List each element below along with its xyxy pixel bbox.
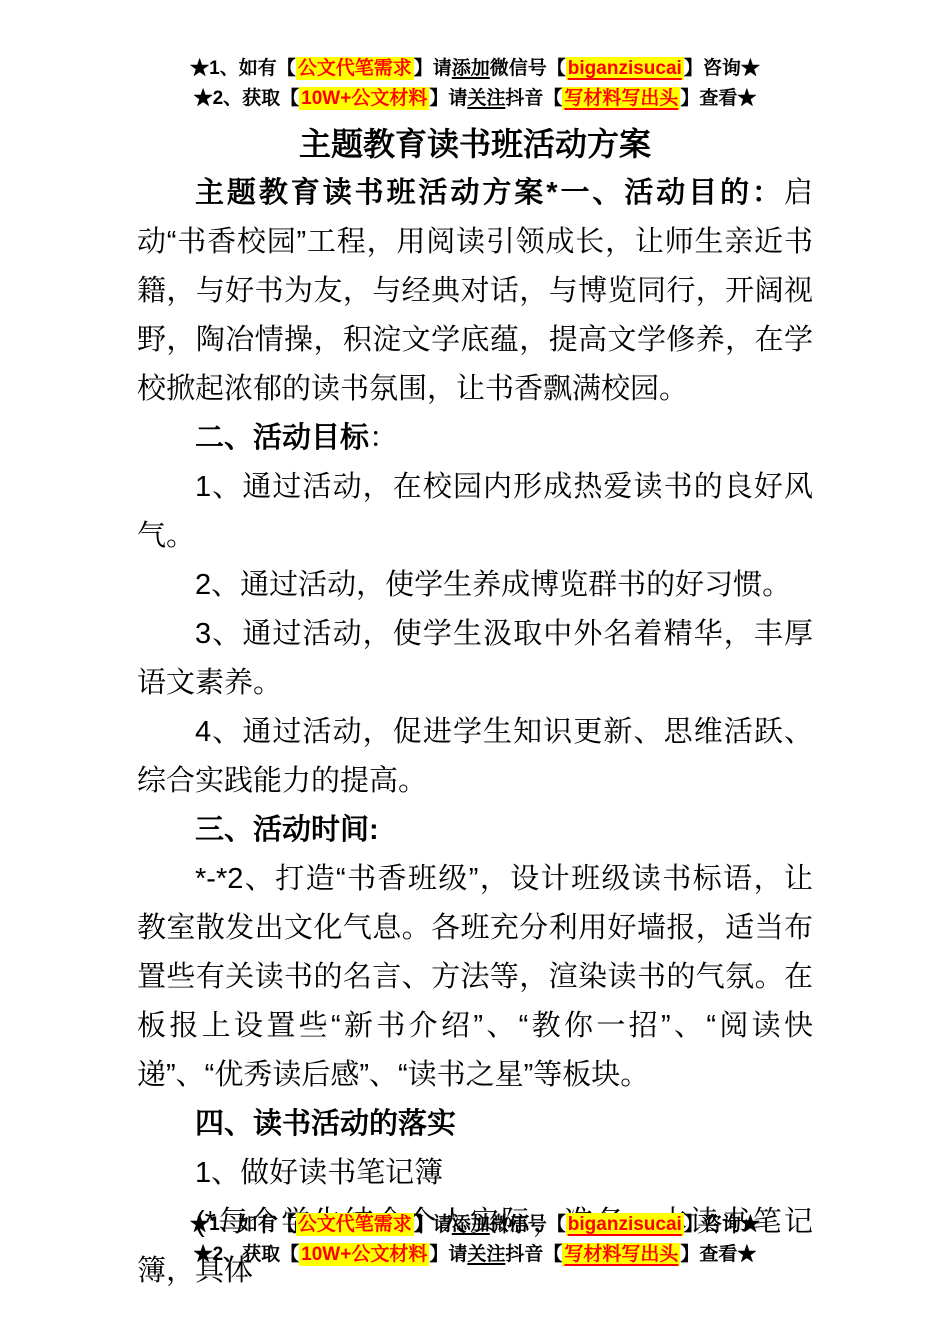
banner-text: 】请 [414, 1214, 452, 1235]
banner-text: 】咨询★ [684, 1214, 760, 1235]
highlighted-text: 公文代笔需求 [296, 1213, 414, 1236]
banner-text: ★1、如有【 [190, 58, 296, 79]
heading-reading-implementation-lead: 四、读书活动的落实 [195, 1108, 456, 1140]
banner-line: ★2、获取【10W+公文材料】请关注抖音【写材料写出头】查看★ [137, 84, 813, 114]
banner-text: 】查看★ [680, 88, 756, 109]
banner-line: ★1、如有【公文代笔需求】请添加微信号【biganzisucai】咨询★ [0, 1210, 950, 1240]
footer-promo-banner: ★1、如有【公文代笔需求】请添加微信号【biganzisucai】咨询★★2、获… [0, 1210, 950, 1270]
banner-text: ★2、获取【 [194, 1244, 300, 1265]
banner-line: ★2、获取【10W+公文材料】请关注抖音【写材料写出头】查看★ [0, 1240, 950, 1270]
heading-reading-implementation: 四、读书活动的落实 [137, 1100, 813, 1149]
banner-text: 添加 [452, 58, 490, 79]
document-body: 主题教育读书班活动方案*一、活动目的：启动“书香校园”工程，用阅读引领成长，让师… [137, 169, 813, 1296]
banner-text: ★1、如有【 [190, 1214, 296, 1235]
banner-text: ★2、获取【 [194, 88, 300, 109]
highlighted-text: 公文代笔需求 [296, 57, 414, 80]
highlighted-text: 写材料写出头 [562, 1243, 680, 1266]
banner-text: 】查看★ [680, 1244, 756, 1265]
banner-text: 抖音【 [505, 1244, 562, 1265]
page-title: 主题教育读书班活动方案 [137, 120, 813, 169]
banner-text: 】请 [429, 1244, 467, 1265]
highlighted-text: 写材料写出头 [562, 87, 680, 110]
header-promo-banner: ★1、如有【公文代笔需求】请添加微信号【biganzisucai】咨询★★2、获… [137, 54, 813, 114]
highlighted-text: 10W+公文材料 [299, 1243, 429, 1266]
heading-activity-time: 三、活动时间: [137, 806, 813, 855]
banner-line: ★1、如有【公文代笔需求】请添加微信号【biganzisucai】咨询★ [137, 54, 813, 84]
banner-text: 】咨询★ [684, 58, 760, 79]
goal-item-1: 1、通过活动，在校园内形成热爱读书的良好风气。 [137, 463, 813, 561]
goal-item-2: 2、通过活动，使学生养成博览群书的好习惯。 [137, 561, 813, 610]
heading-activity-goals-lead: 二、活动目标 [195, 422, 369, 454]
banner-text: 关注 [467, 88, 505, 109]
goal-item-3: 3、通过活动，使学生汲取中外名着精华，丰厚语文素养。 [137, 610, 813, 708]
para-reading-notebook: 1、做好读书笔记簿 [137, 1149, 813, 1198]
para-class-culture: *-*2、打造“书香班级”，设计班级读书标语，让教室散发出文化气息。各班充分利用… [137, 855, 813, 1100]
highlighted-text: 10W+公文材料 [299, 87, 429, 110]
para-activity-purpose: 主题教育读书班活动方案*一、活动目的：启动“书香校园”工程，用阅读引领成长，让师… [137, 169, 813, 414]
para-activity-purpose-lead: 主题教育读书班活动方案*一、活动目的： [195, 177, 784, 209]
highlighted-text: biganzisucai [566, 57, 684, 80]
banner-text: 微信号【 [490, 58, 566, 79]
heading-activity-goals: 二、活动目标： [137, 414, 813, 463]
banner-text: 】请 [414, 58, 452, 79]
banner-text: 关注 [467, 1244, 505, 1265]
document-page: { "colors": { "page_bg": "#ffffff", "tex… [0, 0, 950, 1344]
banner-text: 微信号【 [490, 1214, 566, 1235]
banner-text: 】请 [429, 88, 467, 109]
heading-activity-time-lead: 三、活动时间: [195, 814, 379, 846]
banner-text: 添加 [452, 1214, 490, 1235]
goal-item-4: 4、通过活动，促进学生知识更新、思维活跃、综合实践能力的提高。 [137, 708, 813, 806]
banner-text: 抖音【 [505, 88, 562, 109]
page-content: ★1、如有【公文代笔需求】请添加微信号【biganzisucai】咨询★★2、获… [137, 0, 813, 1296]
highlighted-text: biganzisucai [566, 1213, 684, 1236]
